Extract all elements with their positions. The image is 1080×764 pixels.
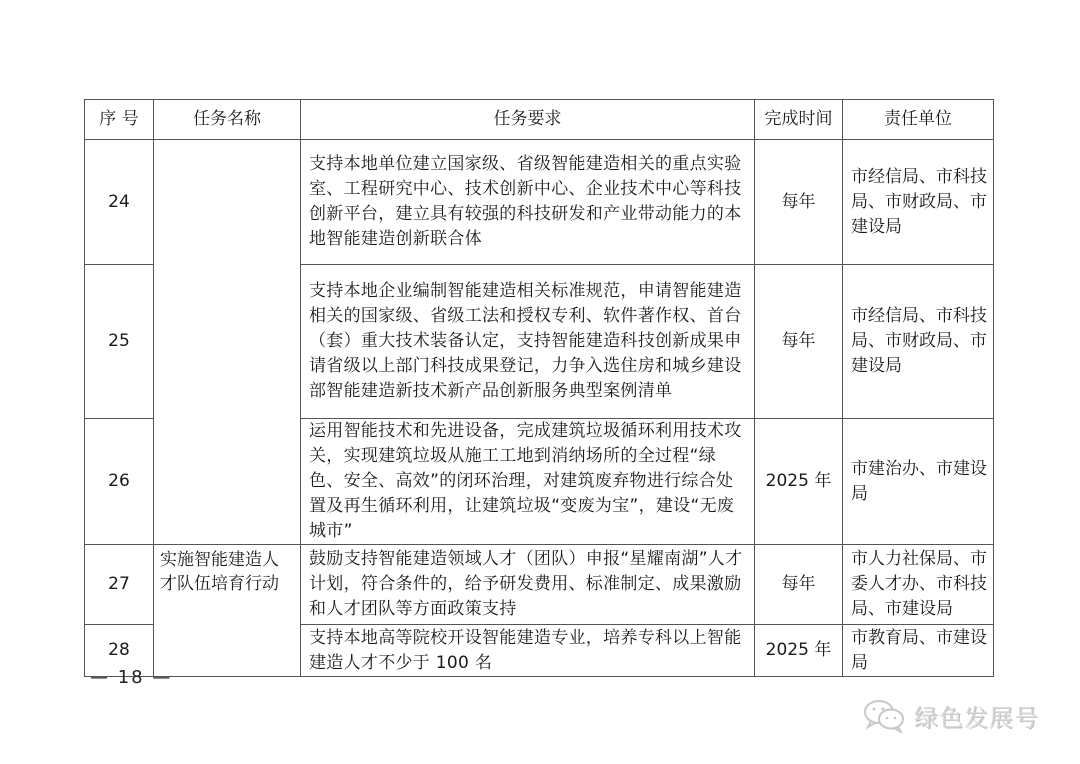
responsible-unit: 市经信局、市科技局、市财政局、市建设局 (843, 265, 994, 419)
row-number: 27 (85, 545, 154, 625)
task-requirement: 鼓励支持智能建造领域人才（团队）申报“星耀南湖”人才计划，符合条件的，给予研发费… (301, 545, 755, 625)
responsible-unit: 市教育局、市建设局 (843, 625, 994, 677)
task-name (154, 140, 301, 545)
responsible-unit: 市经信局、市科技局、市财政局、市建设局 (843, 140, 994, 265)
deadline: 2025 年 (755, 419, 843, 545)
responsible-unit: 市建治办、市建设局 (843, 419, 994, 545)
header-responsible-unit: 责任单位 (843, 100, 994, 140)
task-table: 序 号 任务名称 任务要求 完成时间 责任单位 24 支持本地单位建立国家级、省… (84, 99, 994, 677)
page-number: — 18 — (90, 667, 172, 688)
header-requirement: 任务要求 (301, 100, 755, 140)
task-requirement: 支持本地单位建立国家级、省级智能建造相关的重点实验室、工程研究中心、技术创新中心… (301, 140, 755, 265)
task-requirement: 支持本地高等院校开设智能建造专业，培养专科以上智能建造人才不少于 100 名 (301, 625, 755, 677)
table-row: 27 实施智能建造人才队伍培育行动 鼓励支持智能建造领域人才（团队）申报“星耀南… (85, 545, 994, 625)
responsible-unit: 市人力社保局、市委人才办、市科技局、市建设局 (843, 545, 994, 625)
deadline: 2025 年 (755, 625, 843, 677)
header-no: 序 号 (85, 100, 154, 140)
watermark-text: 绿色发展号 (914, 698, 1039, 733)
header-task-name: 任务名称 (154, 100, 301, 140)
deadline: 每年 (755, 545, 843, 625)
row-number: 26 (85, 419, 154, 545)
deadline: 每年 (755, 265, 843, 419)
wechat-icon (862, 699, 908, 733)
header-deadline: 完成时间 (755, 100, 843, 140)
watermark: 绿色发展号 (862, 698, 1039, 733)
deadline: 每年 (755, 140, 843, 265)
row-number: 25 (85, 265, 154, 419)
task-name: 实施智能建造人才队伍培育行动 (154, 545, 301, 677)
task-requirement: 支持本地企业编制智能建造相关标准规范，申请智能建造相关的国家级、省级工法和授权专… (301, 265, 755, 419)
table-header-row: 序 号 任务名称 任务要求 完成时间 责任单位 (85, 100, 994, 140)
row-number: 24 (85, 140, 154, 265)
table-row: 24 支持本地单位建立国家级、省级智能建造相关的重点实验室、工程研究中心、技术创… (85, 140, 994, 265)
task-requirement: 运用智能技术和先进设备，完成建筑垃圾循环利用技术攻关，实现建筑垃圾从施工工地到消… (301, 419, 755, 545)
